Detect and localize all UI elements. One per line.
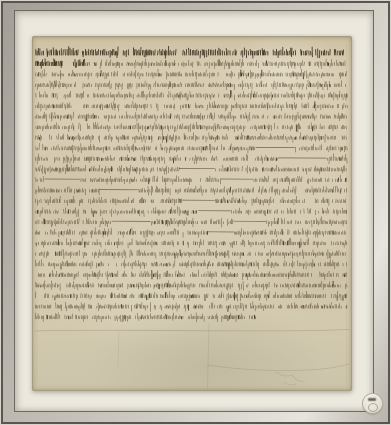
vertical-fold xyxy=(208,323,210,388)
framed-manuscript-photo xyxy=(0,0,391,425)
parchment-document xyxy=(32,36,352,391)
picture-frame-metal-band xyxy=(3,3,388,422)
manuscript-text-strokes xyxy=(35,46,347,322)
vertical-fold-faint xyxy=(118,332,119,368)
sticker-emboss-circle xyxy=(368,403,378,412)
mat-board xyxy=(15,11,373,411)
script-heading-strokes xyxy=(36,46,347,319)
manuscript-script xyxy=(32,36,352,391)
sticker-text-mark xyxy=(368,398,376,401)
horizontal-fold xyxy=(35,330,349,332)
collection-sticker xyxy=(362,393,383,414)
curved-fold xyxy=(207,364,349,371)
script-body-strokes xyxy=(35,59,347,322)
ink-smudge xyxy=(276,372,304,385)
